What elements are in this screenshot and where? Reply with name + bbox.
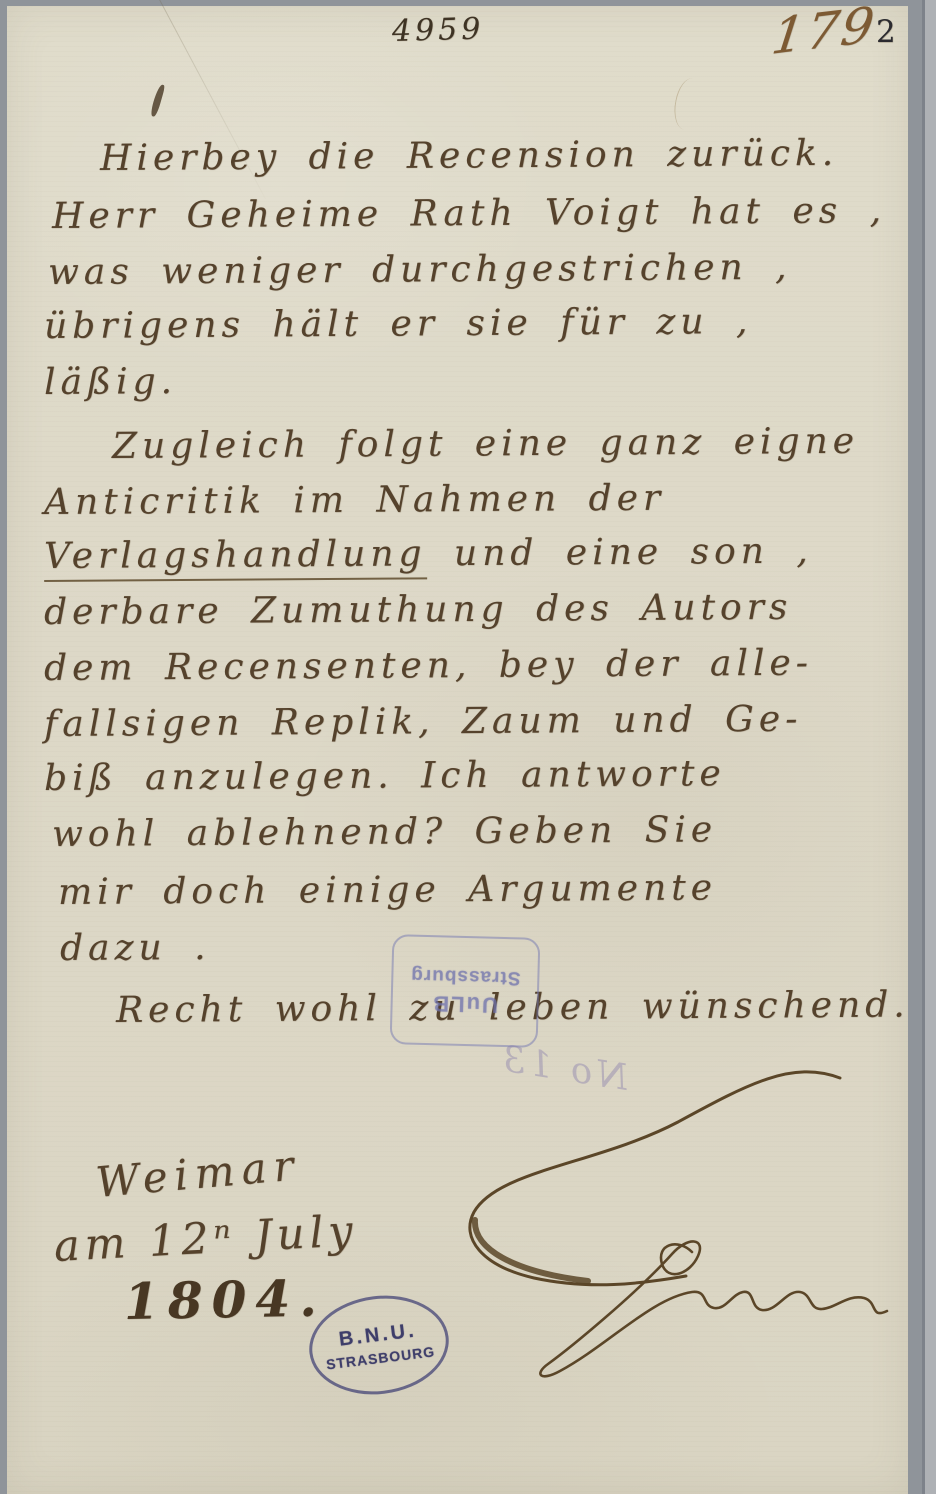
manuscript-line: Hierbey die Recension zurück. [100,133,838,179]
manuscript-line: wohl ablehnend? Geben Sie [52,809,717,855]
manuscript-line: Anticritik im Nahmen der [44,478,665,523]
dateline-year: 1804. [123,1268,326,1331]
manuscript-line-rest: und eine son , [426,531,813,575]
folio-superscript: 2 [876,14,896,50]
stamp-text: Strassburg [410,964,521,989]
manuscript-line: läßig. [44,361,177,403]
manuscript-line: Verlagshandlung und eine son , [44,531,813,577]
manuscript-line: Zugleich folgt eine ganz eigne [112,421,859,467]
manuscript-line: Herr Geheime Rath Voigt hat es , [52,190,886,237]
manuscript-line: was weniger durchgestrichen , [48,247,792,293]
manuscript-line: dazu . [60,927,211,969]
manuscript-line: mir doch einige Argumente [58,867,717,913]
manuscript-line: biß anzulegen. Ich antworte [44,753,726,799]
manuscript-line: übrigens hält er sie für zu , [44,301,753,347]
underlined-word: Verlagshandlung [44,533,427,582]
paper-crease [671,76,707,132]
manuscript-line: fallsigen Replik, Zaum und Ge- [44,699,803,745]
library-stamp-udlb: UuLB Strassburg [390,934,541,1048]
manuscript-line: derbare Zumuthung des Autors [44,587,793,633]
goethe-signature [440,1052,936,1412]
stamp-text: UuLB [431,990,498,1018]
manuscript-line: dem Recensenten, bey der alle- [44,643,813,689]
catalog-number: 4959 [392,12,485,49]
